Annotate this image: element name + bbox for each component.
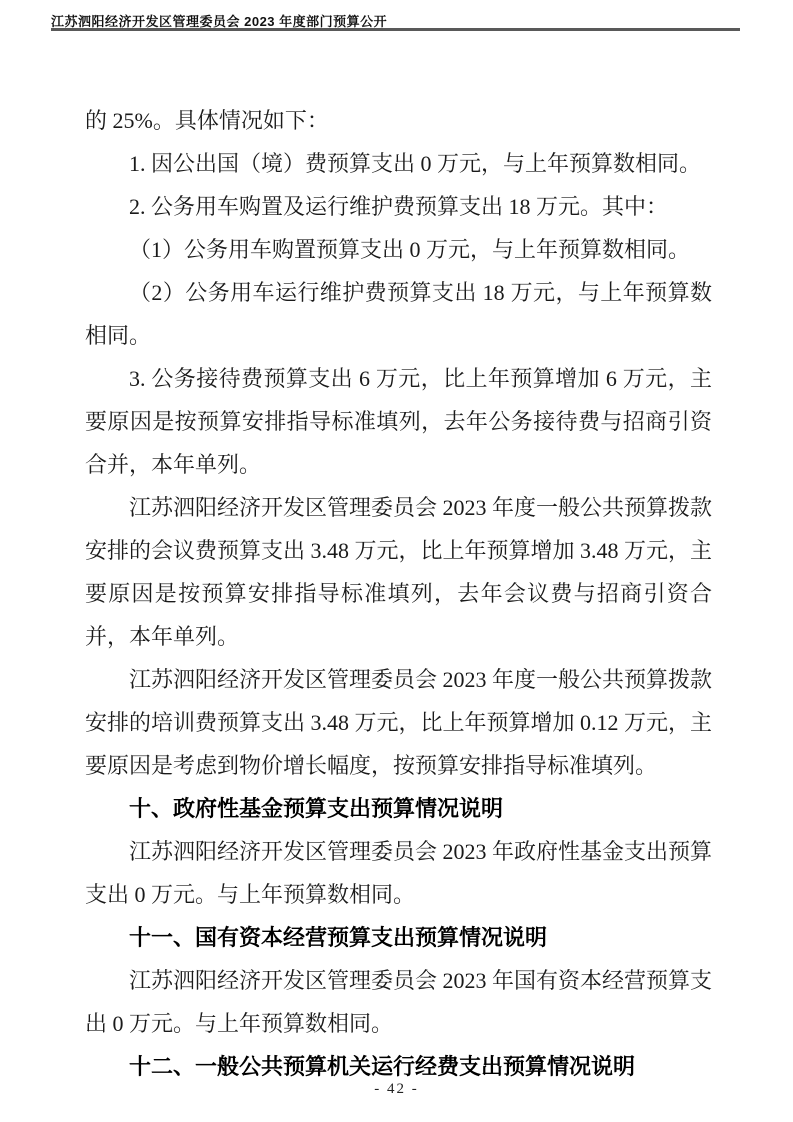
paragraph-subitem-2: （2）公务用车运行维护费预算支出 18 万元，与上年预算数相同。 [85, 271, 712, 357]
paragraph-meeting-fee: 江苏泗阳经济开发区管理委员会 2023 年度一般公共预算拨款安排的会议费预算支出… [85, 486, 712, 658]
paragraph-gov-fund: 江苏泗阳经济开发区管理委员会 2023 年政府性基金支出预算支出 0 万元。与上… [85, 830, 712, 916]
paragraph-item-1: 1. 因公出国（境）费预算支出 0 万元，与上年预算数相同。 [85, 142, 712, 185]
document-page: 江苏泗阳经济开发区管理委员会 2023 年度部门预算公开 的 25%。具体情况如… [0, 0, 793, 1122]
paragraph-subitem-1: （1）公务用车购置预算支出 0 万元，与上年预算数相同。 [85, 228, 712, 271]
paragraph-state-capital: 江苏泗阳经济开发区管理委员会 2023 年国有资本经营预算支出 0 万元。与上年… [85, 959, 712, 1045]
paragraph-item-3: 3. 公务接待费预算支出 6 万元，比上年预算增加 6 万元，主要原因是按预算安… [85, 357, 712, 486]
paragraph-item-2: 2. 公务用车购置及运行维护费预算支出 18 万元。其中： [85, 185, 712, 228]
section-heading-10: 十、政府性基金预算支出预算情况说明 [85, 787, 712, 830]
document-body: 的 25%。具体情况如下： 1. 因公出国（境）费预算支出 0 万元，与上年预算… [85, 99, 712, 1088]
header-rule [51, 28, 740, 31]
page-number: - 42 - [0, 1081, 793, 1098]
section-heading-11: 十一、国有资本经营预算支出预算情况说明 [85, 916, 712, 959]
paragraph-continuation: 的 25%。具体情况如下： [85, 99, 712, 142]
paragraph-training-fee: 江苏泗阳经济开发区管理委员会 2023 年度一般公共预算拨款安排的培训费预算支出… [85, 658, 712, 787]
